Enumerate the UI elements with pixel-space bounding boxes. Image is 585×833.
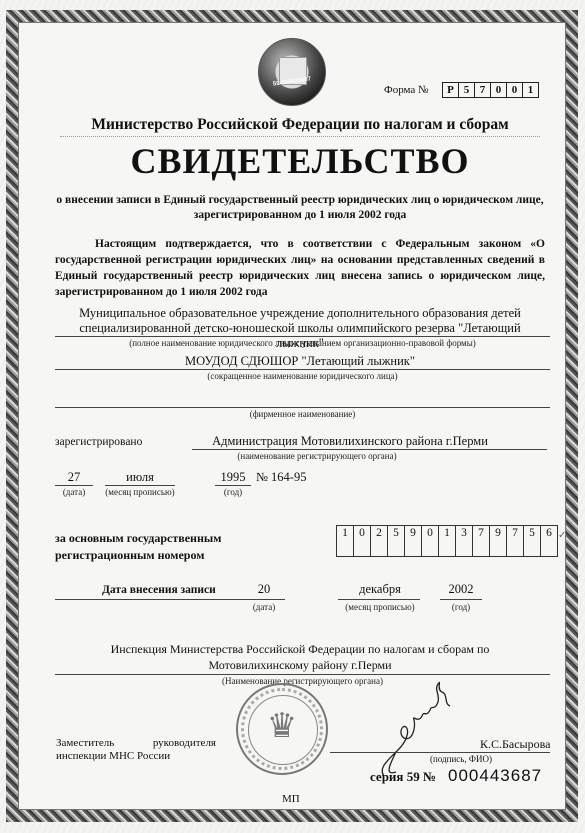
- entry-year-underline: [440, 599, 482, 600]
- official-stamp-icon: ♛: [236, 683, 328, 775]
- ogrn-digit-cell: 0: [422, 526, 439, 556]
- form-code-cell: 0: [507, 83, 523, 97]
- signatory-position: Заместитель руководителя инспекции МНС Р…: [56, 737, 216, 763]
- document-subtitle: о внесении записи в Единый государственн…: [55, 193, 545, 223]
- form-code-cell: 7: [475, 83, 491, 97]
- ogrn-number: 1025901379756: [336, 525, 558, 557]
- inspection-name: Инспекция Министерства Российской Федера…: [80, 641, 520, 673]
- month-underline: [105, 485, 175, 486]
- ogrn-digit-cell: 2: [371, 526, 388, 556]
- signer-name: К.С.Басырова: [480, 737, 550, 752]
- ogrn-digit-cell: 9: [490, 526, 507, 556]
- year-caption: (год): [215, 487, 251, 497]
- ogrn-label-line2: регистрационным номером: [55, 547, 221, 564]
- short-name-caption: (сокращенное наименование юридического л…: [55, 371, 550, 381]
- ogrn-digit-cell: 6: [541, 526, 557, 556]
- short-name-underline: [55, 369, 550, 370]
- ogrn-label: за основным государственным регистрацион…: [55, 530, 221, 564]
- entry-month-caption: (месяц прописью): [335, 602, 425, 612]
- brand-name-underline: [55, 407, 550, 408]
- brand-name-caption: (фирменное наименование): [55, 409, 550, 419]
- form-code-cell: 5: [459, 83, 475, 97]
- inspection-underline: [55, 674, 550, 675]
- entry-month-underline: [338, 599, 420, 600]
- registration-day: 27: [55, 470, 93, 485]
- form-label: Форма №: [384, 84, 429, 96]
- signature-underline: [330, 752, 550, 753]
- entry-date-underline: [55, 599, 285, 600]
- certificate-page: 59 000443687 Форма № Р57001 Министерство…: [0, 0, 585, 833]
- month-caption: (месяц прописью): [100, 487, 180, 497]
- day-caption: (дата): [55, 487, 93, 497]
- ogrn-digit-cell: 3: [456, 526, 473, 556]
- day-underline: [55, 485, 93, 486]
- position-line2: инспекции МНС России: [56, 750, 216, 763]
- position-word1: Заместитель: [56, 737, 114, 749]
- ogrn-digit-cell: 0: [354, 526, 371, 556]
- form-code-cell: Р: [443, 83, 459, 97]
- ogrn-label-line1: за основным государственным: [55, 530, 221, 547]
- ogrn-digit-cell: 9: [405, 526, 422, 556]
- signature-caption: (подпись, ФИО): [430, 754, 492, 764]
- serial-value: 000443687: [448, 766, 542, 785]
- serial-label: серия 59 №: [370, 769, 436, 784]
- entry-month: декабря: [340, 582, 420, 597]
- registering-authority: Администрация Мотовилихинского района г.…: [200, 434, 500, 449]
- document-title: СВИДЕТЕЛЬСТВО: [40, 140, 560, 182]
- inspection-line1: Инспекция Министерства Российской Федера…: [80, 641, 520, 657]
- registration-month: июля: [105, 470, 175, 485]
- entry-day-caption: (дата): [244, 602, 284, 612]
- ogrn-digit-cell: 1: [439, 526, 456, 556]
- hologram-seal-icon: 59 000443687: [258, 38, 326, 106]
- registration-number: № 164-95: [256, 470, 306, 485]
- entry-year-caption: (год): [440, 602, 482, 612]
- entry-day: 20: [244, 582, 284, 597]
- form-code: Р57001: [442, 82, 539, 98]
- entry-year: 2002: [440, 582, 482, 597]
- ogrn-digit-cell: 1: [337, 526, 354, 556]
- position-line1: Заместитель руководителя: [56, 737, 216, 750]
- ogrn-digit-cell: 7: [507, 526, 524, 556]
- ogrn-digit-cell: 5: [524, 526, 541, 556]
- form-code-cell: 1: [523, 83, 538, 97]
- double-headed-eagle-icon: ♛: [260, 705, 304, 749]
- serial-number: серия 59 №000443687: [370, 766, 542, 786]
- checkmark-icon: ✓: [558, 530, 566, 541]
- short-name: МОУДОД СДЮШОР "Летающий лыжник": [55, 354, 545, 369]
- form-code-cell: 0: [491, 83, 507, 97]
- ministry-heading: Министерство Российской Федерации по нал…: [60, 116, 540, 137]
- registration-year: 1995: [215, 470, 251, 485]
- registered-label: зарегистрировано: [55, 436, 142, 448]
- inspection-line2: Мотовилихинскому району г.Перми: [80, 657, 520, 673]
- authority-caption: (наименование регистрирующего органа): [192, 451, 442, 461]
- full-name-underline: [55, 336, 550, 337]
- confirmation-text: Настоящим подтверждается, что в соответс…: [55, 236, 545, 300]
- stamp-place-label: МП: [282, 793, 300, 805]
- entry-date-label: Дата внесения записи: [102, 584, 216, 596]
- year-underline: [215, 485, 251, 486]
- full-name-caption: (полное наименование юридического лица с…: [55, 338, 550, 348]
- full-name-line1: Муниципальное образовательное учреждение…: [55, 306, 545, 321]
- position-word2: руководителя: [153, 737, 216, 749]
- inspection-caption: (Наименование регистрирующего органа): [55, 676, 550, 686]
- ogrn-digit-cell: 7: [473, 526, 490, 556]
- authority-underline: [192, 449, 547, 450]
- ogrn-digit-cell: 5: [388, 526, 405, 556]
